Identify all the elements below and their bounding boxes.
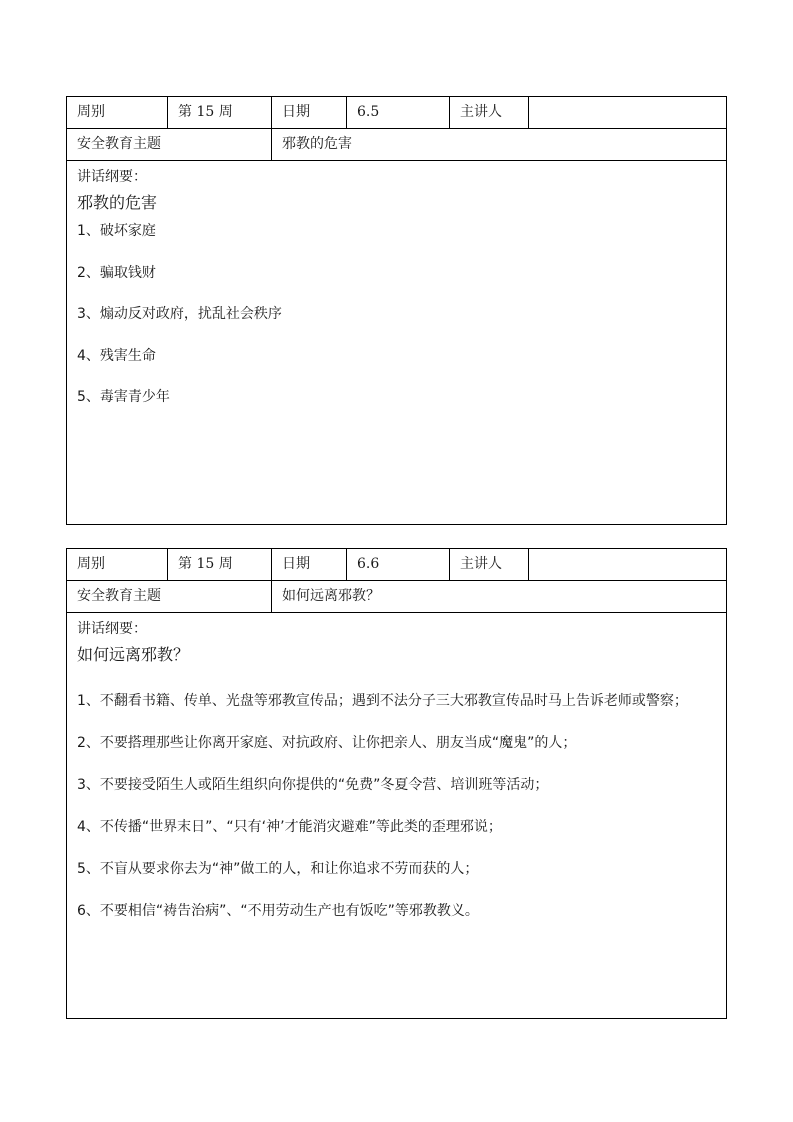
outline-title: 如何远离邪教？	[77, 643, 716, 667]
topic-row: 安全教育主题 邪教的危害	[67, 129, 726, 161]
speaker-value	[529, 97, 726, 128]
info-row: 周别 第 15 周 日期 6.6 主讲人	[67, 549, 726, 581]
list-item: 3、不要接受陌生人或陌生组织向你提供的“免费”冬夏令营、培训班等活动；	[77, 775, 716, 795]
week-value: 第 15 周	[168, 549, 272, 580]
lesson-table-1: 周别 第 15 周 日期 6.5 主讲人 安全教育主题 邪教的危害 讲话纲要： …	[66, 96, 727, 525]
list-item: 2、骗取钱财	[77, 263, 716, 283]
list-item: 1、不翻看书籍、传单、光盘等邪教宣传品；遇到不法分子三大邪教宣传品时马上告诉老师…	[77, 691, 716, 711]
speaker-label: 主讲人	[450, 97, 529, 128]
speaker-value	[529, 549, 726, 580]
list-item: 3、煽动反对政府，扰乱社会秩序	[77, 304, 716, 324]
outline-body: 讲话纲要： 邪教的危害 1、破坏家庭 2、骗取钱财 3、煽动反对政府，扰乱社会秩…	[67, 161, 726, 407]
date-value: 6.6	[347, 549, 450, 580]
topic-label: 安全教育主题	[67, 129, 272, 160]
topic-row: 安全教育主题 如何远离邪教？	[67, 581, 726, 613]
topic-value: 邪教的危害	[272, 129, 726, 160]
info-row: 周别 第 15 周 日期 6.5 主讲人	[67, 97, 726, 129]
outline-label: 讲话纲要：	[77, 167, 716, 187]
date-label: 日期	[272, 97, 347, 128]
speaker-label: 主讲人	[450, 549, 529, 580]
date-label: 日期	[272, 549, 347, 580]
week-label: 周别	[67, 549, 168, 580]
week-value: 第 15 周	[168, 97, 272, 128]
week-label: 周别	[67, 97, 168, 128]
list-item: 2、不要搭理那些让你离开家庭、对抗政府、让你把亲人、朋友当成“魔鬼”的人；	[77, 733, 716, 753]
outline-title: 邪教的危害	[77, 191, 716, 215]
outline-label: 讲话纲要：	[77, 619, 716, 639]
topic-label: 安全教育主题	[67, 581, 272, 612]
list-item: 4、不传播“世界末日”、“只有‘神’才能消灾避难”等此类的歪理邪说；	[77, 817, 716, 837]
list-item: 1、破坏家庭	[77, 221, 716, 241]
list-item: 6、不要相信“祷告治病”、“不用劳动生产也有饭吃”等邪教教义。	[77, 901, 716, 921]
topic-value: 如何远离邪教？	[272, 581, 726, 612]
lesson-table-2: 周别 第 15 周 日期 6.6 主讲人 安全教育主题 如何远离邪教？ 讲话纲要…	[66, 548, 727, 1019]
list-item: 5、不盲从要求你去为“神”做工的人，和让你追求不劳而获的人；	[77, 859, 716, 879]
list-item: 5、毒害青少年	[77, 387, 716, 407]
outline-body: 讲话纲要： 如何远离邪教？ 1、不翻看书籍、传单、光盘等邪教宣传品；遇到不法分子…	[67, 613, 726, 921]
list-item: 4、残害生命	[77, 346, 716, 366]
date-value: 6.5	[347, 97, 450, 128]
